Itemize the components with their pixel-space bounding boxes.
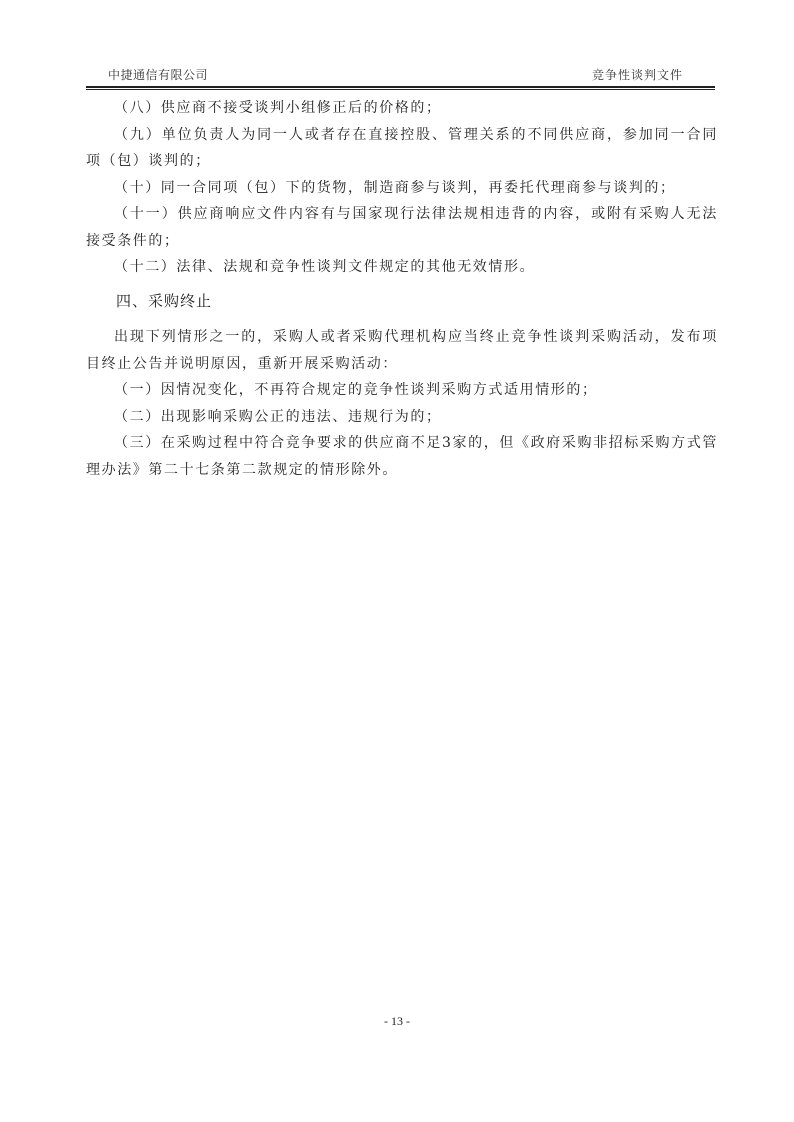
document-body: （八）供应商不接受谈判小组修正后的价格的； （九）单位负责人为同一人或者存在直接…: [86, 95, 718, 483]
termination-item-1: （一）因情况变化，不再符合规定的竞争性谈判采购方式适用情形的；: [86, 377, 718, 404]
document-page: 中捷通信有限公司 竞争性谈判文件 （八）供应商不接受谈判小组修正后的价格的； （…: [0, 0, 794, 1122]
header-divider-thick: [86, 86, 715, 88]
termination-item-3: （三）在采购过程中符合竞争要求的供应商不足3家的，但《政府采购非招标采购方式管理…: [86, 430, 718, 483]
invalid-item-10: （十）同一合同项（包）下的货物，制造商参与谈判，再委托代理商参与谈判的；: [86, 175, 718, 202]
invalid-item-8: （八）供应商不接受谈判小组修正后的价格的；: [86, 95, 718, 122]
header-divider-thin: [86, 89, 715, 90]
header-company-name: 中捷通信有限公司: [108, 66, 208, 83]
invalid-item-9: （九）单位负责人为同一人或者存在直接控股、管理关系的不同供应商，参加同一合同项（…: [86, 122, 718, 175]
page-header: 中捷通信有限公司 竞争性谈判文件: [86, 66, 715, 84]
termination-item-2: （二）出现影响采购公正的违法、违规行为的；: [86, 404, 718, 431]
section-heading-procurement-termination: 四、采购终止: [86, 288, 718, 315]
invalid-item-11: （十一）供应商响应文件内容有与国家现行法律法规相违背的内容，或附有采购人无法接受…: [86, 201, 718, 254]
invalid-item-12: （十二）法律、法规和竞争性谈判文件规定的其他无效情形。: [86, 254, 718, 281]
section-intro: 出现下列情形之一的，采购人或者采购代理机构应当终止竞争性谈判采购活动，发布项目终…: [86, 324, 718, 377]
header-divider: [86, 86, 715, 91]
page-number: - 13 -: [0, 1014, 794, 1029]
header-document-type: 竞争性谈判文件: [592, 66, 683, 83]
